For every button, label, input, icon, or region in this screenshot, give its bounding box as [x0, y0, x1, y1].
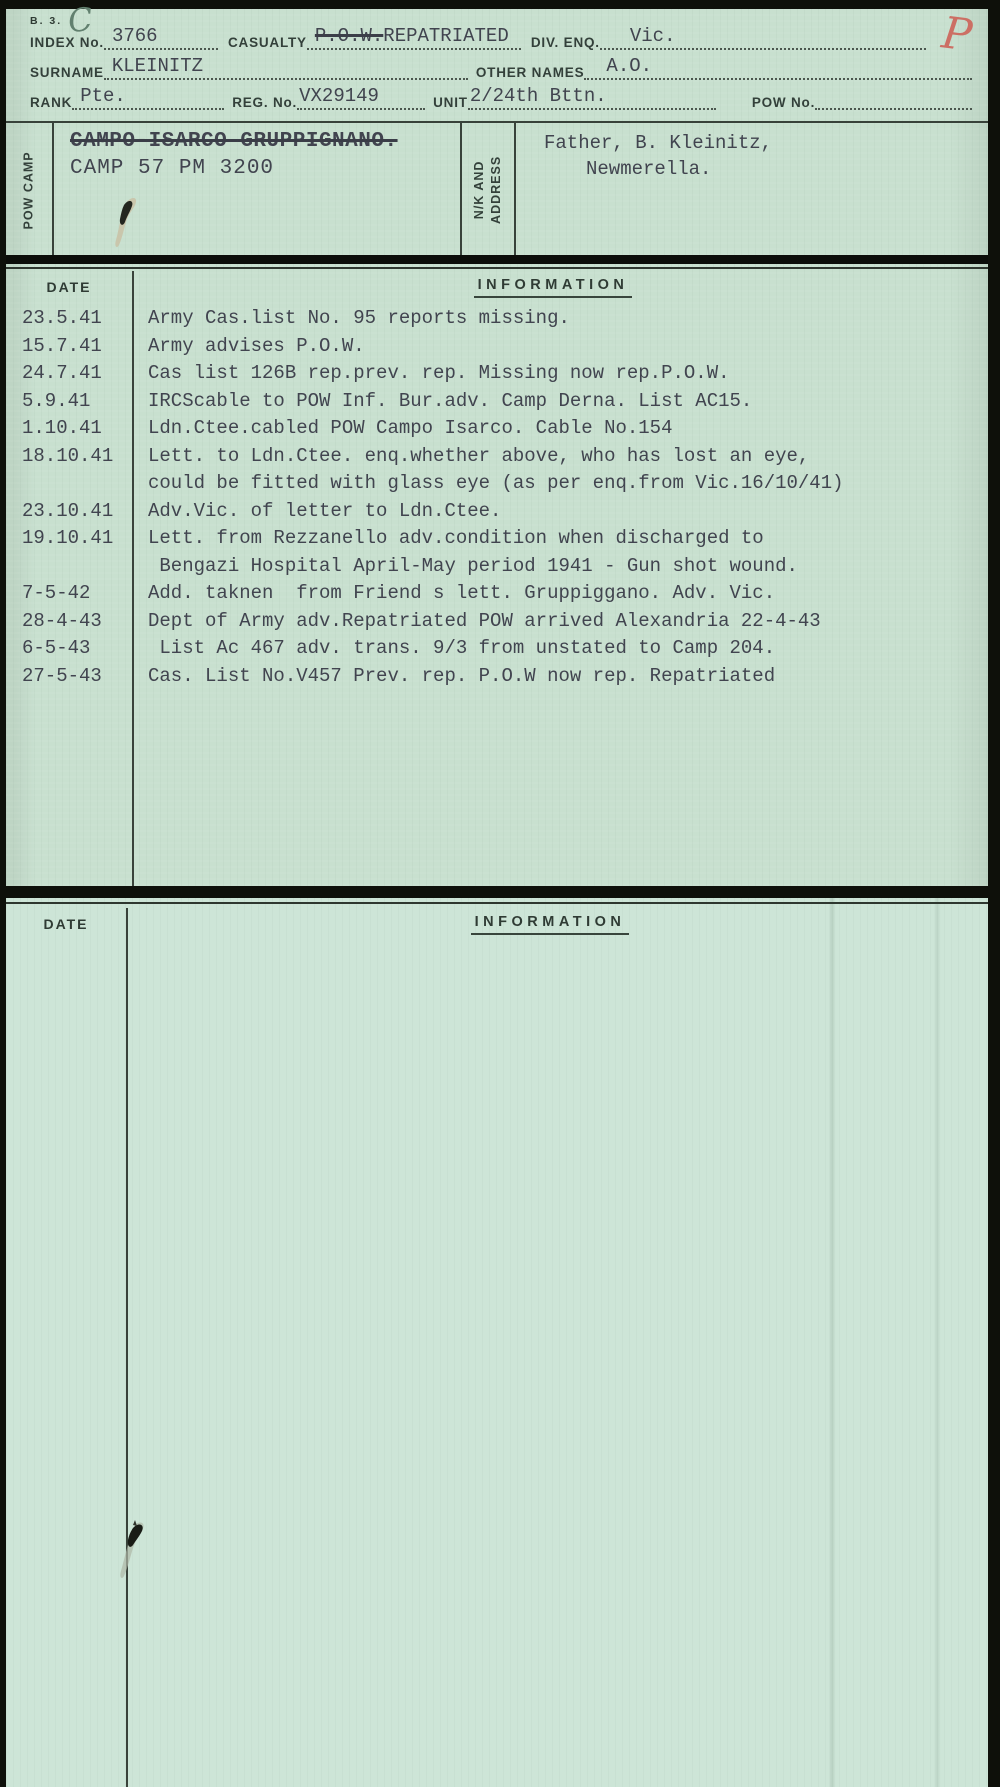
rank-value: Pte. — [72, 85, 224, 110]
table-row: 27-5-43Cas. List No.V457 Prev. rep. P.O.… — [6, 663, 974, 691]
entry-date: 6-5-43 — [6, 635, 132, 663]
pow-camp-entry: CAMP 57 PM 3200 — [70, 157, 460, 180]
information-column-header: INFORMATION — [474, 277, 633, 298]
nk-label-line2: ADDRESS — [489, 156, 503, 224]
information-column-header: INFORMATION — [471, 914, 630, 935]
casualty-label: CASUALTY — [228, 35, 307, 50]
table-row: 19.10.41Lett. from Rezzanello adv.condit… — [6, 525, 974, 580]
other-names-label: OTHER NAMES — [476, 65, 585, 80]
entry-info: List Ac 467 adv. trans. 9/3 from unstate… — [132, 635, 974, 663]
date-column-header: DATE — [6, 271, 132, 295]
ink-smudge-stain — [106, 189, 152, 260]
div-enq-value: Vic. — [600, 25, 926, 50]
entry-info: Lett. from Rezzanello adv.condition when… — [132, 525, 974, 580]
other-names-value: A.O. — [584, 55, 972, 80]
table-header: DATE INFORMATION — [6, 908, 974, 935]
entry-date: 7-5-42 — [6, 580, 132, 608]
pow-camp-box: POW CAMP CAMPO-ISARCO GRUPPIGNANO. CAMP … — [6, 121, 988, 257]
rank-label: RANK — [30, 95, 72, 110]
entry-date: 23.5.41 — [6, 305, 132, 333]
entry-date: 1.10.41 — [6, 415, 132, 443]
casualty-rest-text: REPATRIATED — [383, 25, 508, 47]
pow-camp-struck-entry: CAMPO-ISARCO GRUPPIGNANO. — [70, 130, 460, 153]
unit-label: UNIT — [433, 95, 468, 110]
entry-info: Adv.Vic. of letter to Ldn.Ctee. — [132, 498, 974, 526]
entry-info: Ldn.Ctee.cabled POW Campo Isarco. Cable … — [132, 415, 974, 443]
reg-no-label: REG. No. — [232, 95, 297, 110]
nk-label-line1: N/K AND — [472, 161, 486, 220]
table-row: 7-5-42Add. taknen from Friend s lett. Gr… — [6, 580, 974, 608]
field-row-surname: SURNAME KLEINITZ OTHER NAMES A.O. — [30, 55, 972, 80]
surname-label: SURNAME — [30, 65, 104, 80]
nk-address-line1: Father, B. Kleinitz, — [544, 132, 988, 154]
entry-info: Add. taknen from Friend s lett. Gruppigg… — [132, 580, 974, 608]
entry-date: 5.9.41 — [6, 388, 132, 416]
table-row: 5.9.41IRCScable to POW Inf. Bur.adv. Cam… — [6, 388, 974, 416]
section-divider-thin — [6, 267, 988, 269]
entry-date: 18.10.41 — [6, 443, 132, 498]
reg-no-value: VX29149 — [297, 85, 425, 110]
nk-address-entries: Father, B. Kleinitz, Newmerella. — [514, 123, 988, 257]
table-row: 15.7.41Army advises P.O.W. — [6, 333, 974, 361]
table-row: 28-4-43Dept of Army adv.Repatriated POW … — [6, 608, 974, 636]
entry-info: IRCScable to POW Inf. Bur.adv. Camp Dern… — [132, 388, 974, 416]
entry-info: Army advises P.O.W. — [132, 333, 974, 361]
unit-value: 2/24th Bttn. — [468, 85, 716, 110]
pow-no-label: POW No. — [752, 95, 815, 110]
entry-date: 28-4-43 — [6, 608, 132, 636]
entry-date: 27-5-43 — [6, 663, 132, 691]
pow-record-card-continuation: DATE INFORMATION — [6, 898, 988, 1787]
pow-no-value — [815, 107, 972, 110]
table-row: 6-5-43 List Ac 467 adv. trans. 9/3 from … — [6, 635, 974, 663]
casualty-value: P.O.W.REPATRIATED — [307, 25, 521, 50]
field-row-index: INDEX No. 3766 CASUALTY P.O.W.REPATRIATE… — [30, 25, 972, 50]
ink-blot-stain — [112, 1516, 160, 1591]
card2-top-rule — [6, 902, 988, 904]
date-column-rule — [126, 908, 128, 1787]
nk-address-rotated-label: N/K ANDADDRESS — [460, 123, 514, 257]
table-row: 18.10.41Lett. to Ldn.Ctee. enq.whether a… — [6, 443, 974, 498]
entry-date: 24.7.41 — [6, 360, 132, 388]
index-no-value: 3766 — [104, 25, 218, 50]
information-table: DATE INFORMATION 23.5.41Army Cas.list No… — [6, 271, 974, 690]
entry-date: 15.7.41 — [6, 333, 132, 361]
casualty-struck-text: P.O.W. — [315, 25, 383, 47]
entry-info: Lett. to Ldn.Ctee. enq.whether above, wh… — [132, 443, 974, 498]
entry-info: Army Cas.list No. 95 reports missing. — [132, 305, 974, 333]
nk-address-line2: Newmerella. — [586, 158, 988, 180]
index-no-label: INDEX No. — [30, 35, 104, 50]
date-column-header: DATE — [6, 908, 126, 935]
entry-date: 23.10.41 — [6, 498, 132, 526]
entry-info: Cas list 126B rep.prev. rep. Missing now… — [132, 360, 974, 388]
entry-info: Cas. List No.V457 Prev. rep. P.O.W now r… — [132, 663, 974, 691]
div-enq-label: DIV. ENQ. — [531, 35, 600, 50]
entry-date: 19.10.41 — [6, 525, 132, 580]
table-row: 1.10.41Ldn.Ctee.cabled POW Campo Isarco.… — [6, 415, 974, 443]
table-row: 23.10.41Adv.Vic. of letter to Ldn.Ctee. — [6, 498, 974, 526]
table-header: DATE INFORMATION — [6, 271, 974, 305]
section-divider-heavy — [6, 255, 988, 264]
pow-record-card-front: B. 3. C P INDEX No. 3766 CASUALTY P.O.W.… — [6, 9, 988, 886]
entry-info: Dept of Army adv.Repatriated POW arrived… — [132, 608, 974, 636]
pow-camp-rotated-label: POW CAMP — [6, 123, 52, 257]
table-row: 23.5.41Army Cas.list No. 95 reports miss… — [6, 305, 974, 333]
surname-value: KLEINITZ — [104, 55, 468, 80]
field-row-rank: RANK Pte. REG. No. VX29149 UNIT 2/24th B… — [30, 85, 972, 110]
table-row: 24.7.41Cas list 126B rep.prev. rep. Miss… — [6, 360, 974, 388]
